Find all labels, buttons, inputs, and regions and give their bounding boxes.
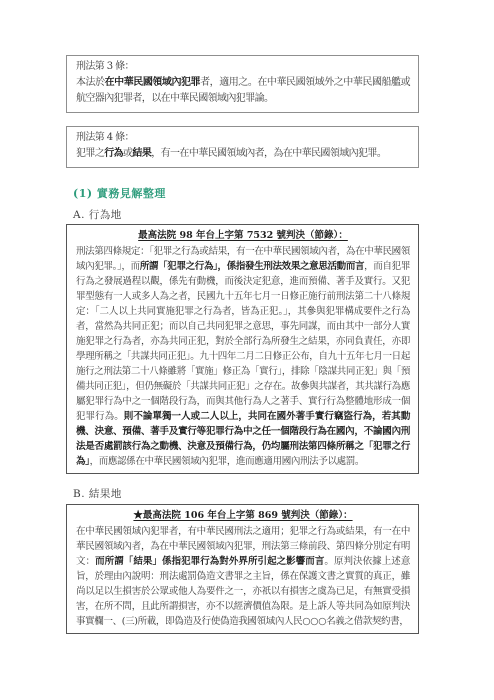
judgment-excerpt-text-98-7532: 刑法第四條規定：「犯罪之行為或結果，有一在中華民國領域內者，為在中華民國領域內犯… <box>76 244 410 469</box>
judgment-title-106-869: ★最高法院 106 年台上字第 869 號判決（節錄）： <box>76 508 410 523</box>
section-heading-practice-opinions: (1) 實務見解整理 <box>73 185 419 201</box>
statute-box-article-4: 刑法第 4 條： 犯罪之行為或結果，有一在中華民國領域內者，為在中華民國領域內犯… <box>66 126 419 168</box>
judgment-title-text: 最高法院 98 年台上字第 7532 號判決（節錄）： <box>138 230 348 241</box>
statute-title-article-4: 刑法第 4 條： <box>76 130 410 146</box>
statute-box-article-3: 刑法第 3 條： 本法於在中華民國領域內犯罪者，適用之。在中華民國領域外之中華民… <box>66 55 419 113</box>
statute-text-article-4: 犯罪之行為或結果，有一在中華民國領域內者，為在中華民國領域內犯罪。 <box>76 148 386 159</box>
judgment-excerpt-text-106-869: 在中華民國領域內犯罪者，有中華民國刑法之適用；犯罪之行為或結果，有一在中華民國領… <box>76 524 410 629</box>
subsection-label-place-of-result: B. 結果地 <box>73 486 419 501</box>
judgment-box-supreme-court-98-7532: 最高法院 98 年台上字第 7532 號判決（節錄）： 刑法第四條規定：「犯罪之… <box>66 224 419 474</box>
judgment-title-98-7532: 最高法院 98 年台上字第 7532 號判決（節錄）： <box>76 228 410 243</box>
judgment-box-supreme-court-106-869: ★最高法院 106 年台上字第 869 號判決（節錄）： 在中華民國領域內犯罪者… <box>66 504 419 634</box>
legal-study-document-page: 刑法第 3 條： 本法於在中華民國領域內犯罪者，適用之。在中華民國領域外之中華民… <box>0 0 494 700</box>
judgment-title-text: ★最高法院 106 年台上字第 869 號判決（節錄）： <box>133 510 352 521</box>
subsection-label-place-of-conduct: A. 行為地 <box>73 207 419 222</box>
statute-text-article-3: 本法於在中華民國領域內犯罪者，適用之。在中華民國領域外之中華民國船艦或航空器內犯… <box>76 77 410 104</box>
statute-title-article-3: 刑法第 3 條： <box>76 59 410 75</box>
